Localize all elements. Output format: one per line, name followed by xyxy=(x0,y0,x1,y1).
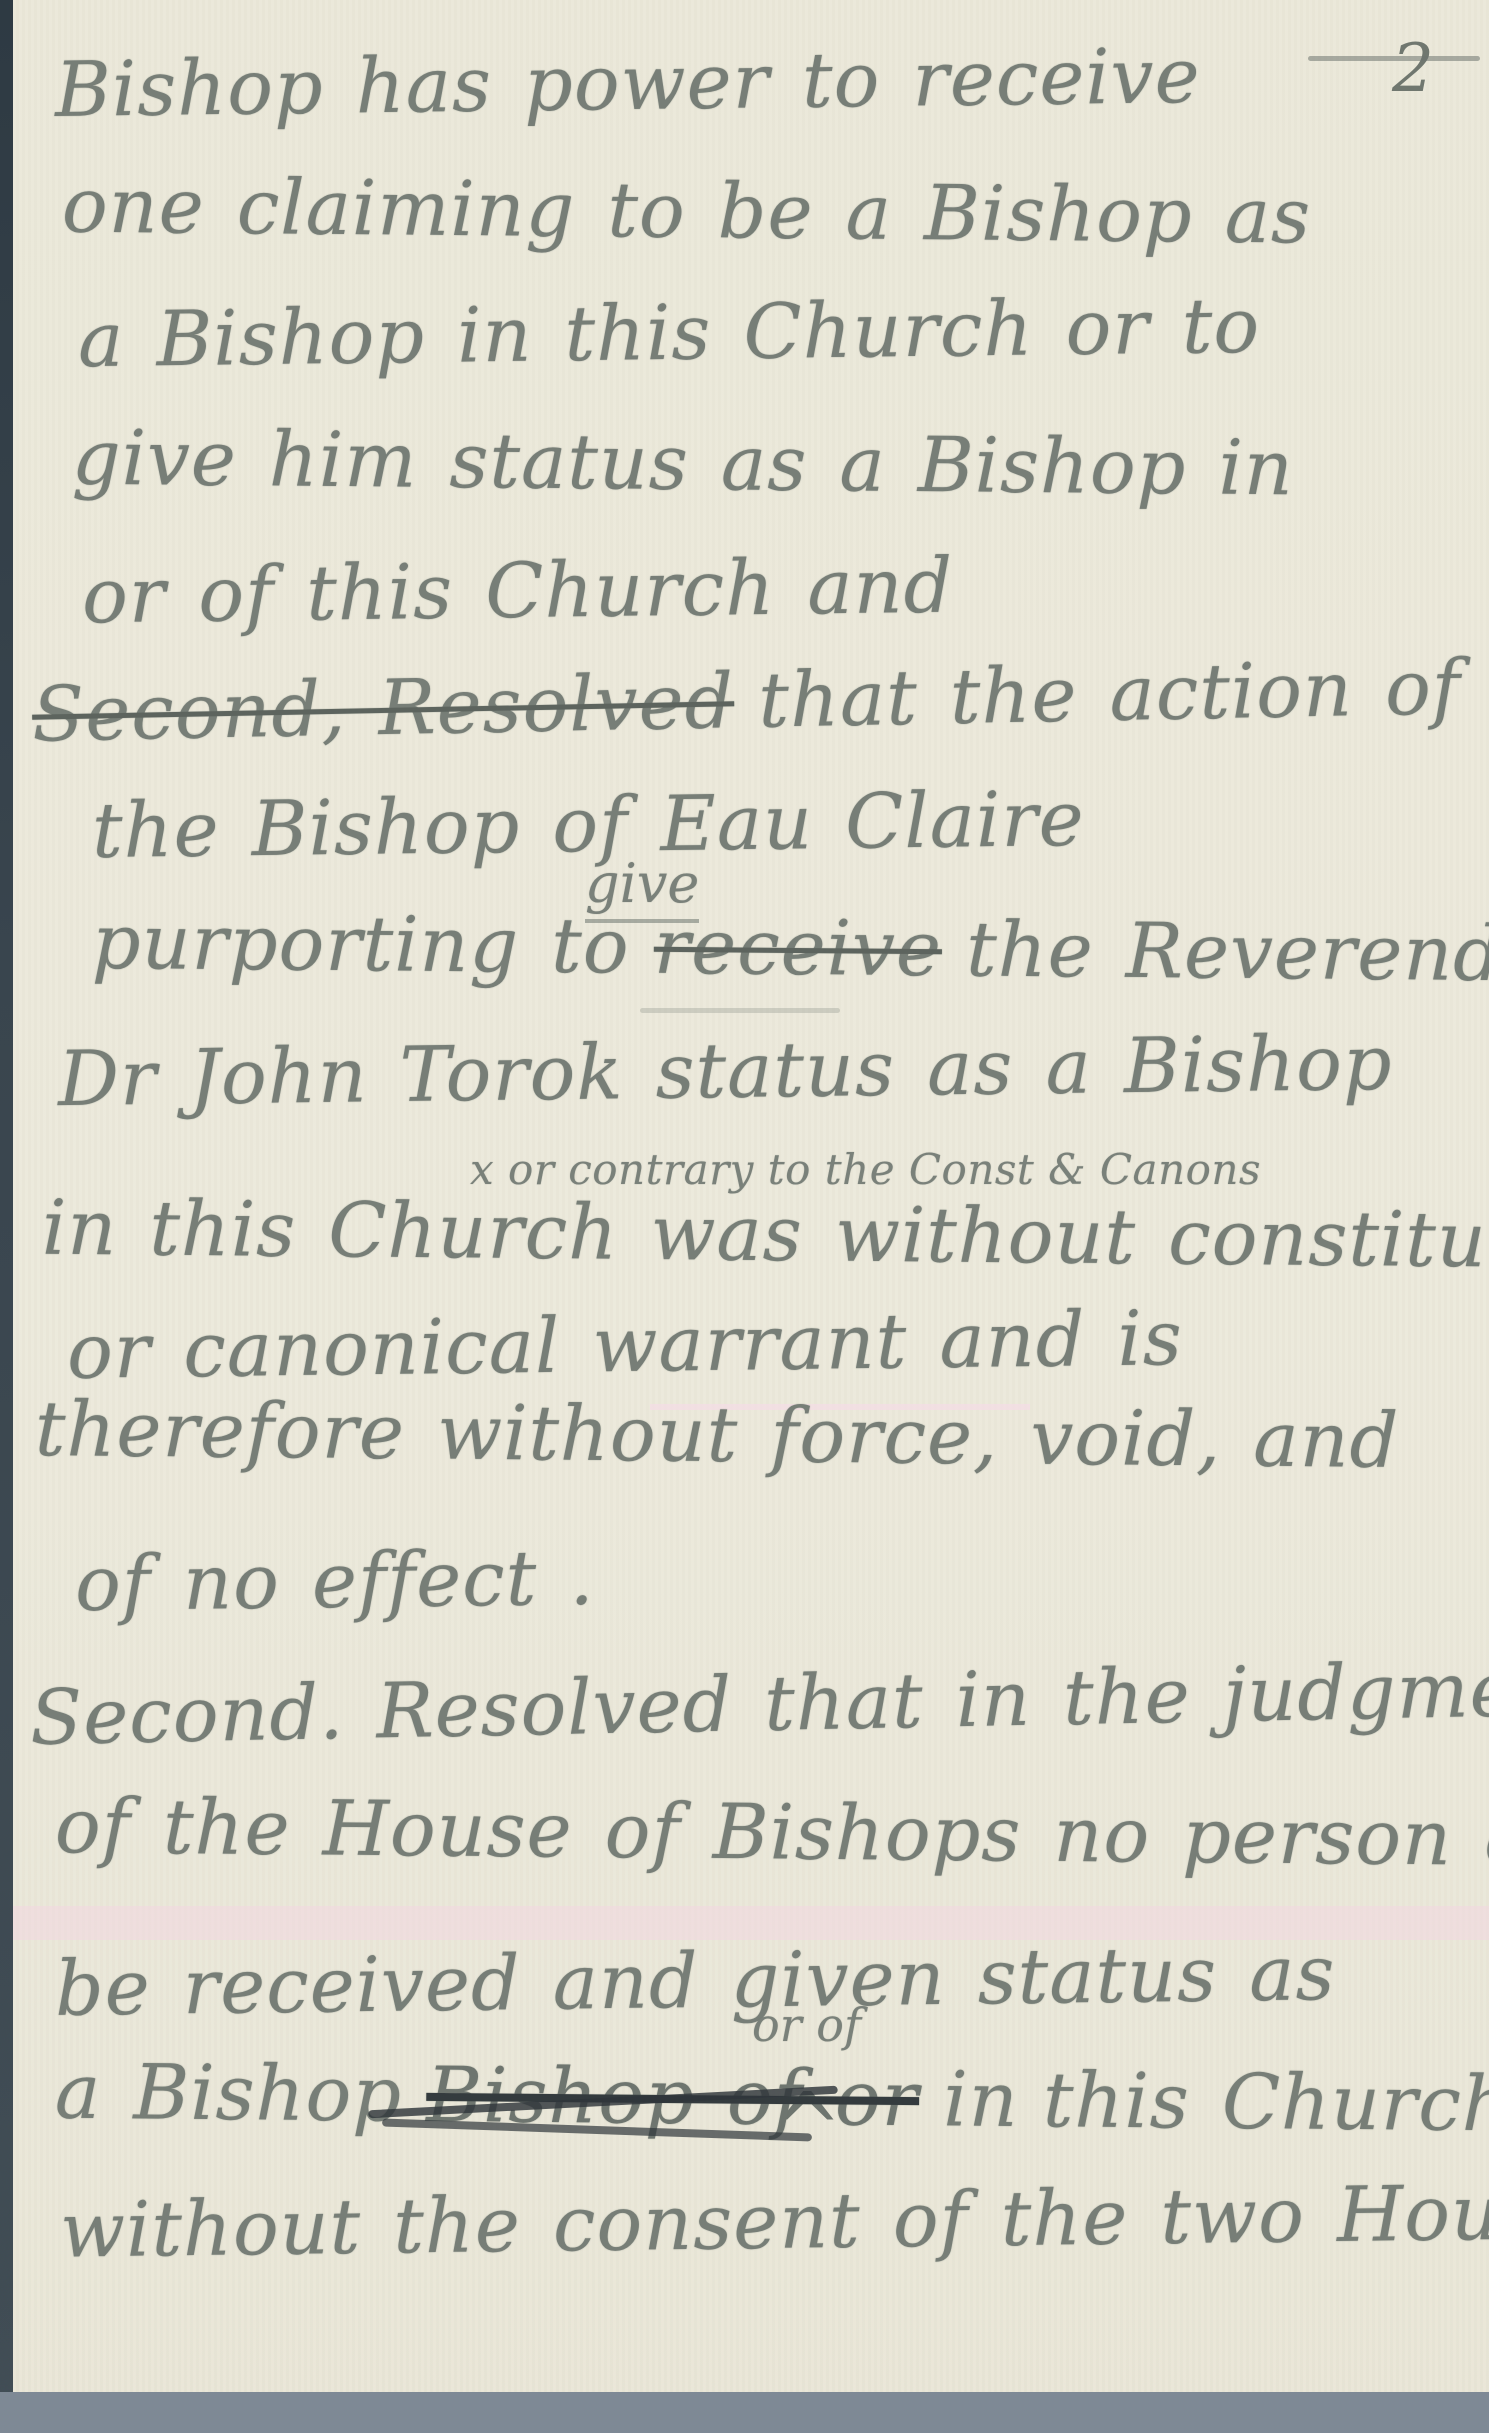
line-text: in xyxy=(943,2054,1019,2144)
line-text: be received and given status as xyxy=(55,1928,1337,2033)
pencil-stroke-mark xyxy=(640,1008,840,1013)
handwritten-line-4: give him status as a Bishop in xyxy=(72,415,1295,511)
line-text: without the consent of the two Houses xyxy=(60,2166,1489,2274)
handwritten-line-16: be received and given status as xyxy=(55,1930,1336,2031)
line-text: or of this Church and xyxy=(81,541,953,641)
handwritten-line-10: in this Church was without constitutiona… xyxy=(42,1185,1489,1285)
line-text: of no effect . xyxy=(74,1533,595,1628)
line-text: a Bishop xyxy=(55,2047,403,2139)
line-text: one claiming to be a Bishop as xyxy=(62,161,1312,261)
handwritten-line-15: of the House of Bishops no person can xyxy=(55,1783,1489,1882)
handwritten-line-8: purporting toreceivethe Reverend xyxy=(92,899,1489,996)
handwritten-line-9: Dr John Torok status as a Bishop xyxy=(58,1020,1393,1121)
line-text: this Church xyxy=(1043,2055,1489,2148)
line-text: in this Church was without constitutiona… xyxy=(42,1183,1489,1287)
handwritten-line-1: Bishop has power to receive xyxy=(55,33,1202,132)
interlinear-insertion-or-of: or of xyxy=(752,1998,861,2052)
handwritten-line-11: or canonical warrant and is xyxy=(67,1295,1184,1394)
line-text: or canonical warrant and is xyxy=(66,1293,1183,1396)
handwritten-line-18: without the consent of the two Houses xyxy=(60,2168,1489,2272)
scan-edge-strip xyxy=(0,0,13,2392)
line-text: a Bishop in this Church or to xyxy=(77,281,1260,384)
pencil-stroke-mark xyxy=(1308,56,1480,61)
struck-text: receive xyxy=(654,902,943,994)
handwritten-line-12: therefore without force, void, and xyxy=(35,1386,1400,1483)
line-text: Dr John Torok status as a Bishop xyxy=(58,1018,1393,1123)
page-number: 2 xyxy=(1392,30,1434,107)
line-text: therefore without force, void, and xyxy=(35,1384,1400,1485)
line-text: give him status as a Bishop in xyxy=(72,413,1295,513)
line-text: of the House of Bishops no person can xyxy=(55,1781,1489,1884)
handwritten-line-3: a Bishop in this Church or to xyxy=(78,283,1261,383)
line-text: Bishop has power to receive xyxy=(54,31,1201,134)
scanned-manuscript-page: 2 Bishop has power to receive one claimi… xyxy=(0,0,1489,2433)
line-text: purporting to xyxy=(92,897,630,991)
line-text: that the action of xyxy=(758,642,1462,744)
handwritten-line-13: of no effect . xyxy=(74,1535,595,1626)
handwritten-line-2: one claiming to be a Bishop as xyxy=(62,163,1312,259)
line-text: the Reverend xyxy=(966,904,1489,998)
handwritten-line-5: or of this Church and xyxy=(82,543,954,639)
struck-text: Second, Resolved xyxy=(31,656,735,758)
